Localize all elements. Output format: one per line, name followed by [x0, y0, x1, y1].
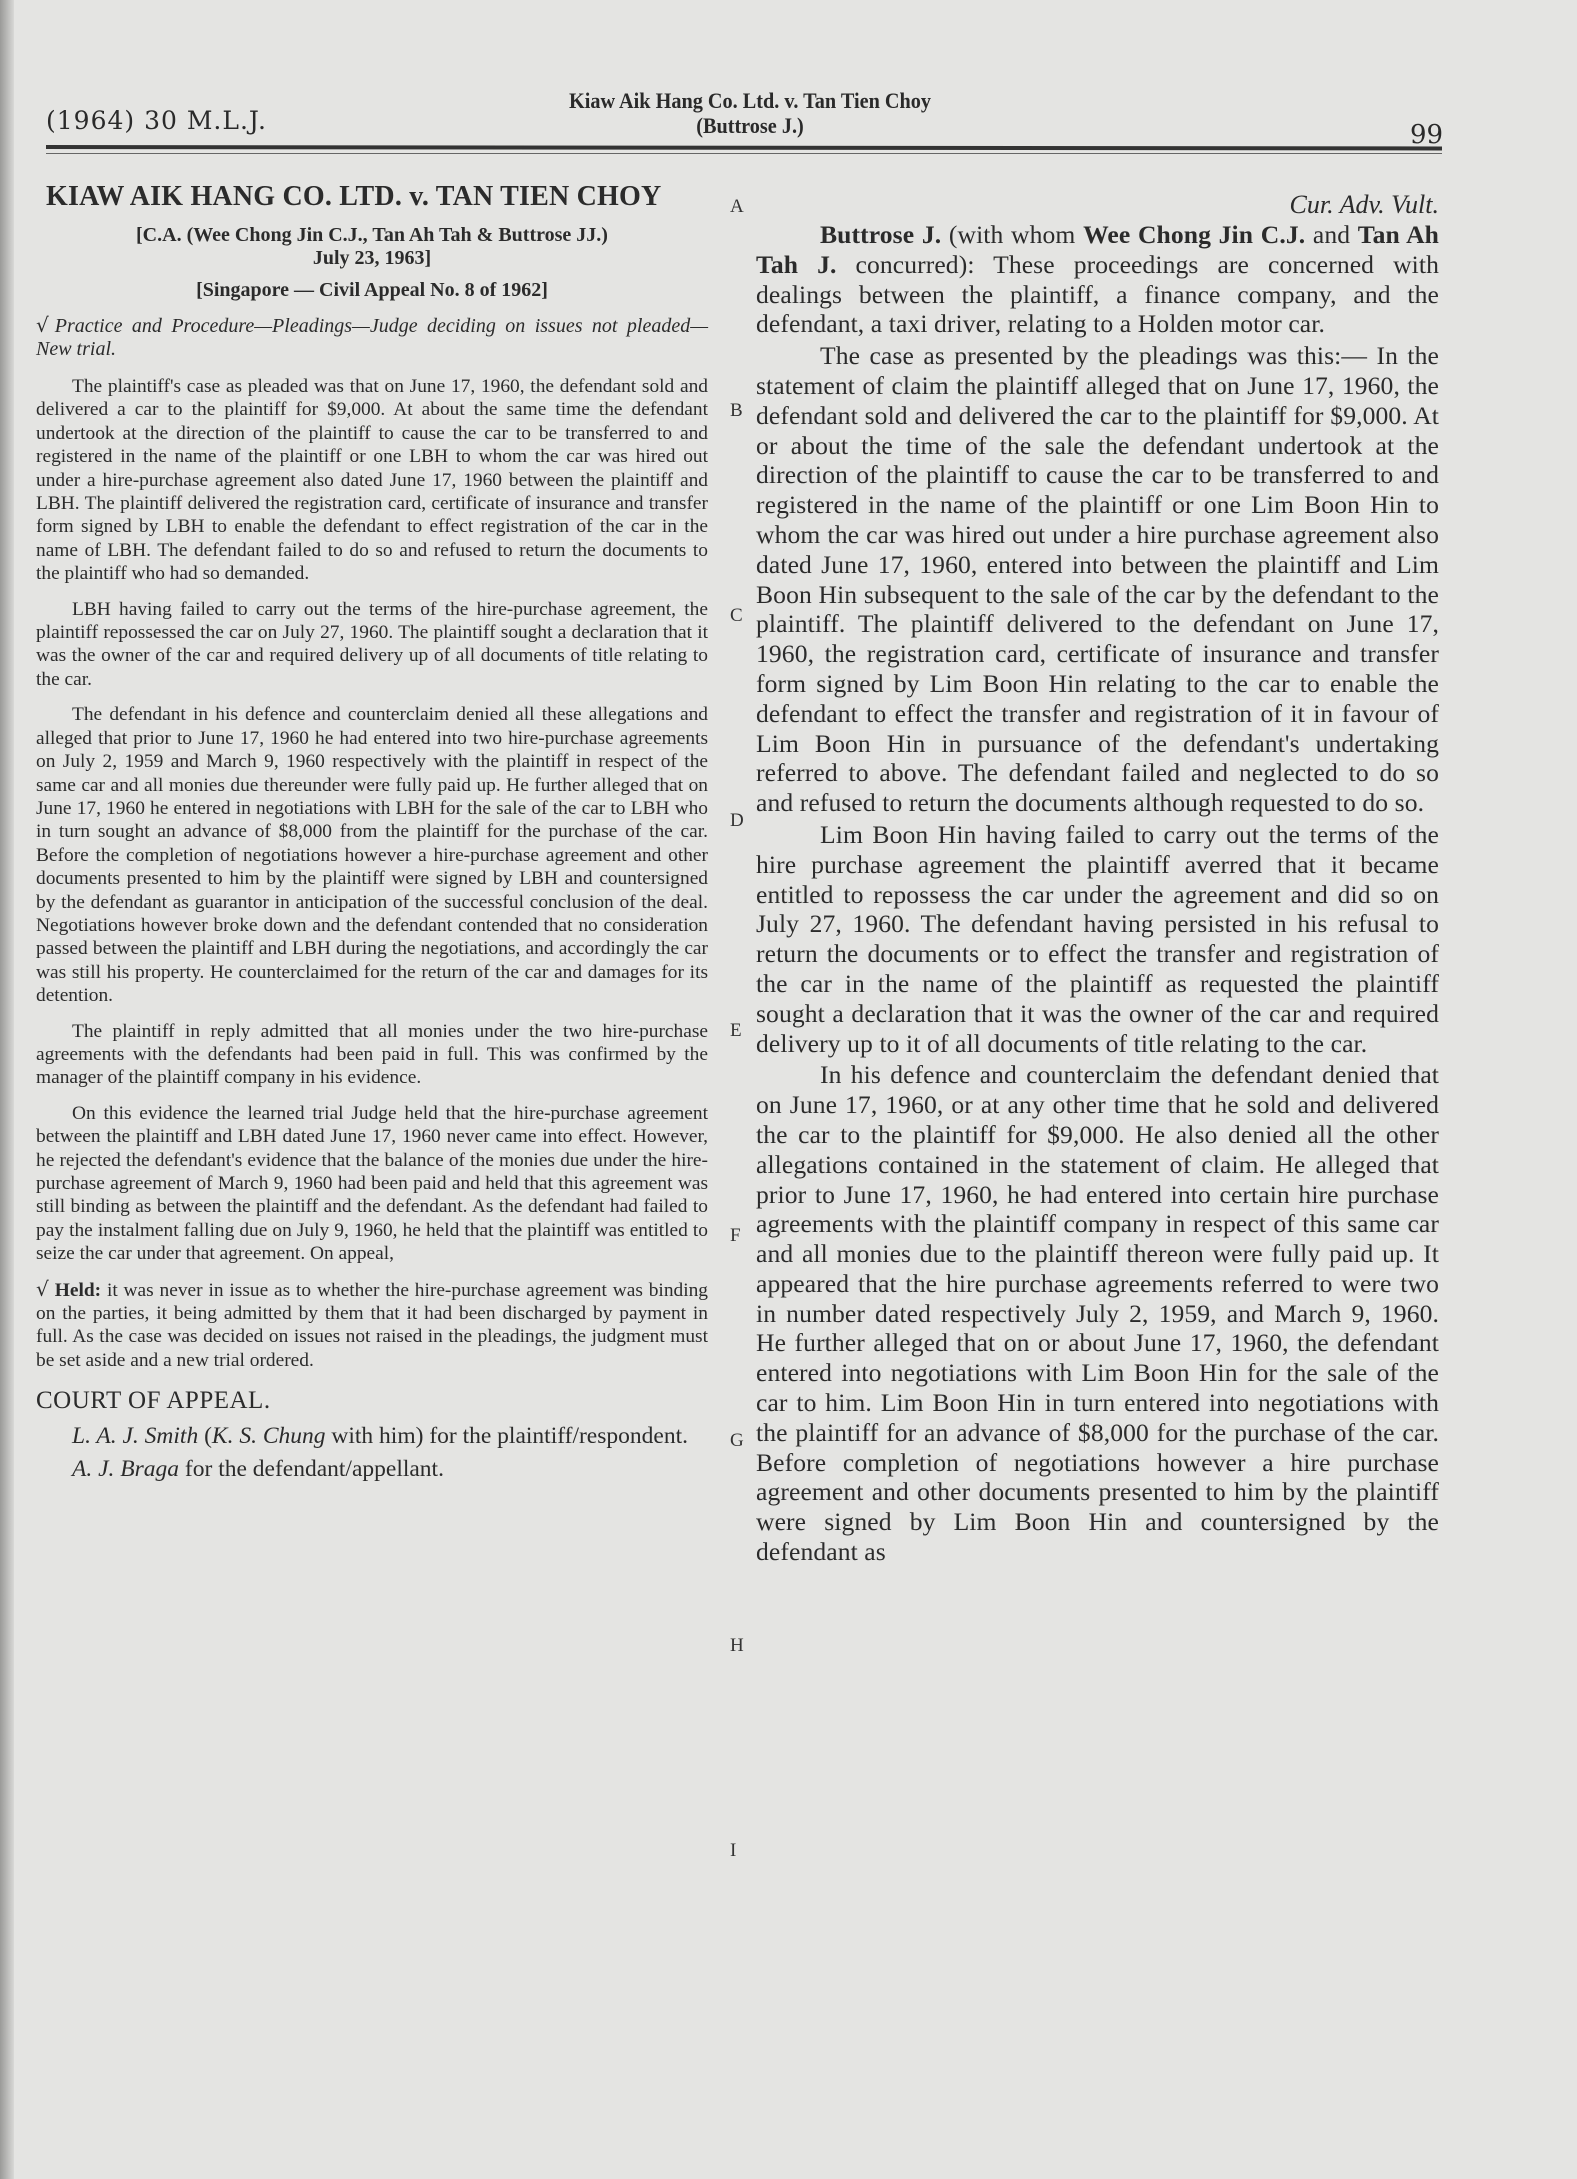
- margin-letter-c: C: [730, 605, 743, 627]
- running-header-case-name: Kiaw Aik Hang Co. Ltd. v. Tan Tien Choy: [492, 88, 1007, 113]
- judgment-text: and: [1305, 220, 1358, 249]
- court-heading: COURT OF APPEAL.: [36, 1386, 708, 1416]
- counsel-appellant: A. J. Braga for the defendant/appellant.: [36, 1455, 708, 1484]
- running-header-title: Kiaw Aik Hang Co. Ltd. v. Tan Tien Choy …: [492, 88, 1007, 138]
- headnote-paragraph: The defendant in his defence and counter…: [36, 703, 708, 1007]
- judgment-paragraph: Lim Boon Hin having failed to carry out …: [756, 820, 1439, 1058]
- tick-mark-icon: √: [36, 313, 49, 337]
- judge-name: Buttrose J.: [820, 220, 941, 249]
- judgment-paragraph: In his defence and counterclaim the defe…: [756, 1060, 1439, 1567]
- headnote-paragraph: The plaintiff in reply admitted that all…: [36, 1020, 708, 1090]
- case-title: KIAW AIK HANG CO. LTD. v. TAN TIEN CHOY: [46, 180, 708, 214]
- coram-judges: [C.A. (Wee Chong Jin C.J., Tan Ah Tah & …: [36, 224, 708, 247]
- held-label: Held:: [55, 1280, 101, 1301]
- margin-letter-e: E: [730, 1020, 742, 1042]
- held-text: it was never in issue as to whether the …: [36, 1280, 708, 1371]
- headnote-paragraph: The plaintiff's case as pleaded was that…: [36, 375, 708, 586]
- margin-letter-d: D: [730, 810, 744, 832]
- judgment-paragraph: The case as presented by the pleadings w…: [756, 341, 1439, 818]
- catchwords: √Practice and Procedure—Pleadings—Judge …: [36, 314, 708, 361]
- judgment-text: (with whom: [941, 220, 1083, 249]
- judgment-text: concurred): These proceedings are concer…: [756, 250, 1439, 339]
- coram: [C.A. (Wee Chong Jin C.J., Tan Ah Tah & …: [36, 224, 708, 270]
- headnote-paragraph: On this evidence the learned trial Judge…: [36, 1102, 708, 1266]
- counsel-name: L. A. J. Smith: [72, 1423, 198, 1449]
- concurring-judge: Wee Chong Jin C.J.: [1083, 220, 1305, 249]
- catchwords-text: Practice and Procedure—Pleadings—Judge d…: [36, 315, 708, 360]
- running-header-citation: (1964) 30 M.L.J.: [46, 106, 267, 135]
- header-rule-thin: [46, 153, 1442, 154]
- counsel-text: (: [198, 1423, 212, 1449]
- margin-letter-i: I: [730, 1840, 736, 1862]
- running-header-judge: (Buttrose J.): [492, 113, 1007, 138]
- judgment-column: Cur. Adv. Vult. Buttrose J. (with whom W…: [756, 190, 1439, 1567]
- coram-date: July 23, 1963]: [36, 247, 708, 270]
- margin-letter-g: G: [730, 1430, 744, 1452]
- judgment-opening-paragraph: Buttrose J. (with whom Wee Chong Jin C.J…: [756, 220, 1439, 339]
- header-rule-thick: [46, 145, 1442, 150]
- held-paragraph: √Held: it was never in issue as to wheth…: [36, 1278, 708, 1373]
- cur-adv-vult: Cur. Adv. Vult.: [756, 190, 1439, 220]
- headnote-paragraph: LBH having failed to carry out the terms…: [36, 598, 708, 692]
- counsel-respondent: L. A. J. Smith (K. S. Chung with him) fo…: [36, 1422, 708, 1451]
- scan-page-edge: [0, 0, 14, 2179]
- margin-letter-f: F: [730, 1225, 741, 1247]
- tick-mark-icon: √: [36, 1277, 49, 1301]
- court-reference: [Singapore — Civil Appeal No. 8 of 1962]: [36, 278, 708, 302]
- margin-letter-b: B: [730, 400, 743, 422]
- margin-letter-h: H: [730, 1635, 744, 1657]
- headnote-column: KIAW AIK HANG CO. LTD. v. TAN TIEN CHOY …: [36, 180, 708, 1488]
- counsel-name: A. J. Braga: [72, 1456, 179, 1482]
- counsel-text: with him) for the plaintiff/respondent.: [326, 1423, 688, 1449]
- counsel-junior: K. S. Chung: [212, 1423, 326, 1449]
- margin-letter-a: A: [730, 196, 744, 218]
- counsel-text: for the defendant/appellant.: [179, 1456, 444, 1482]
